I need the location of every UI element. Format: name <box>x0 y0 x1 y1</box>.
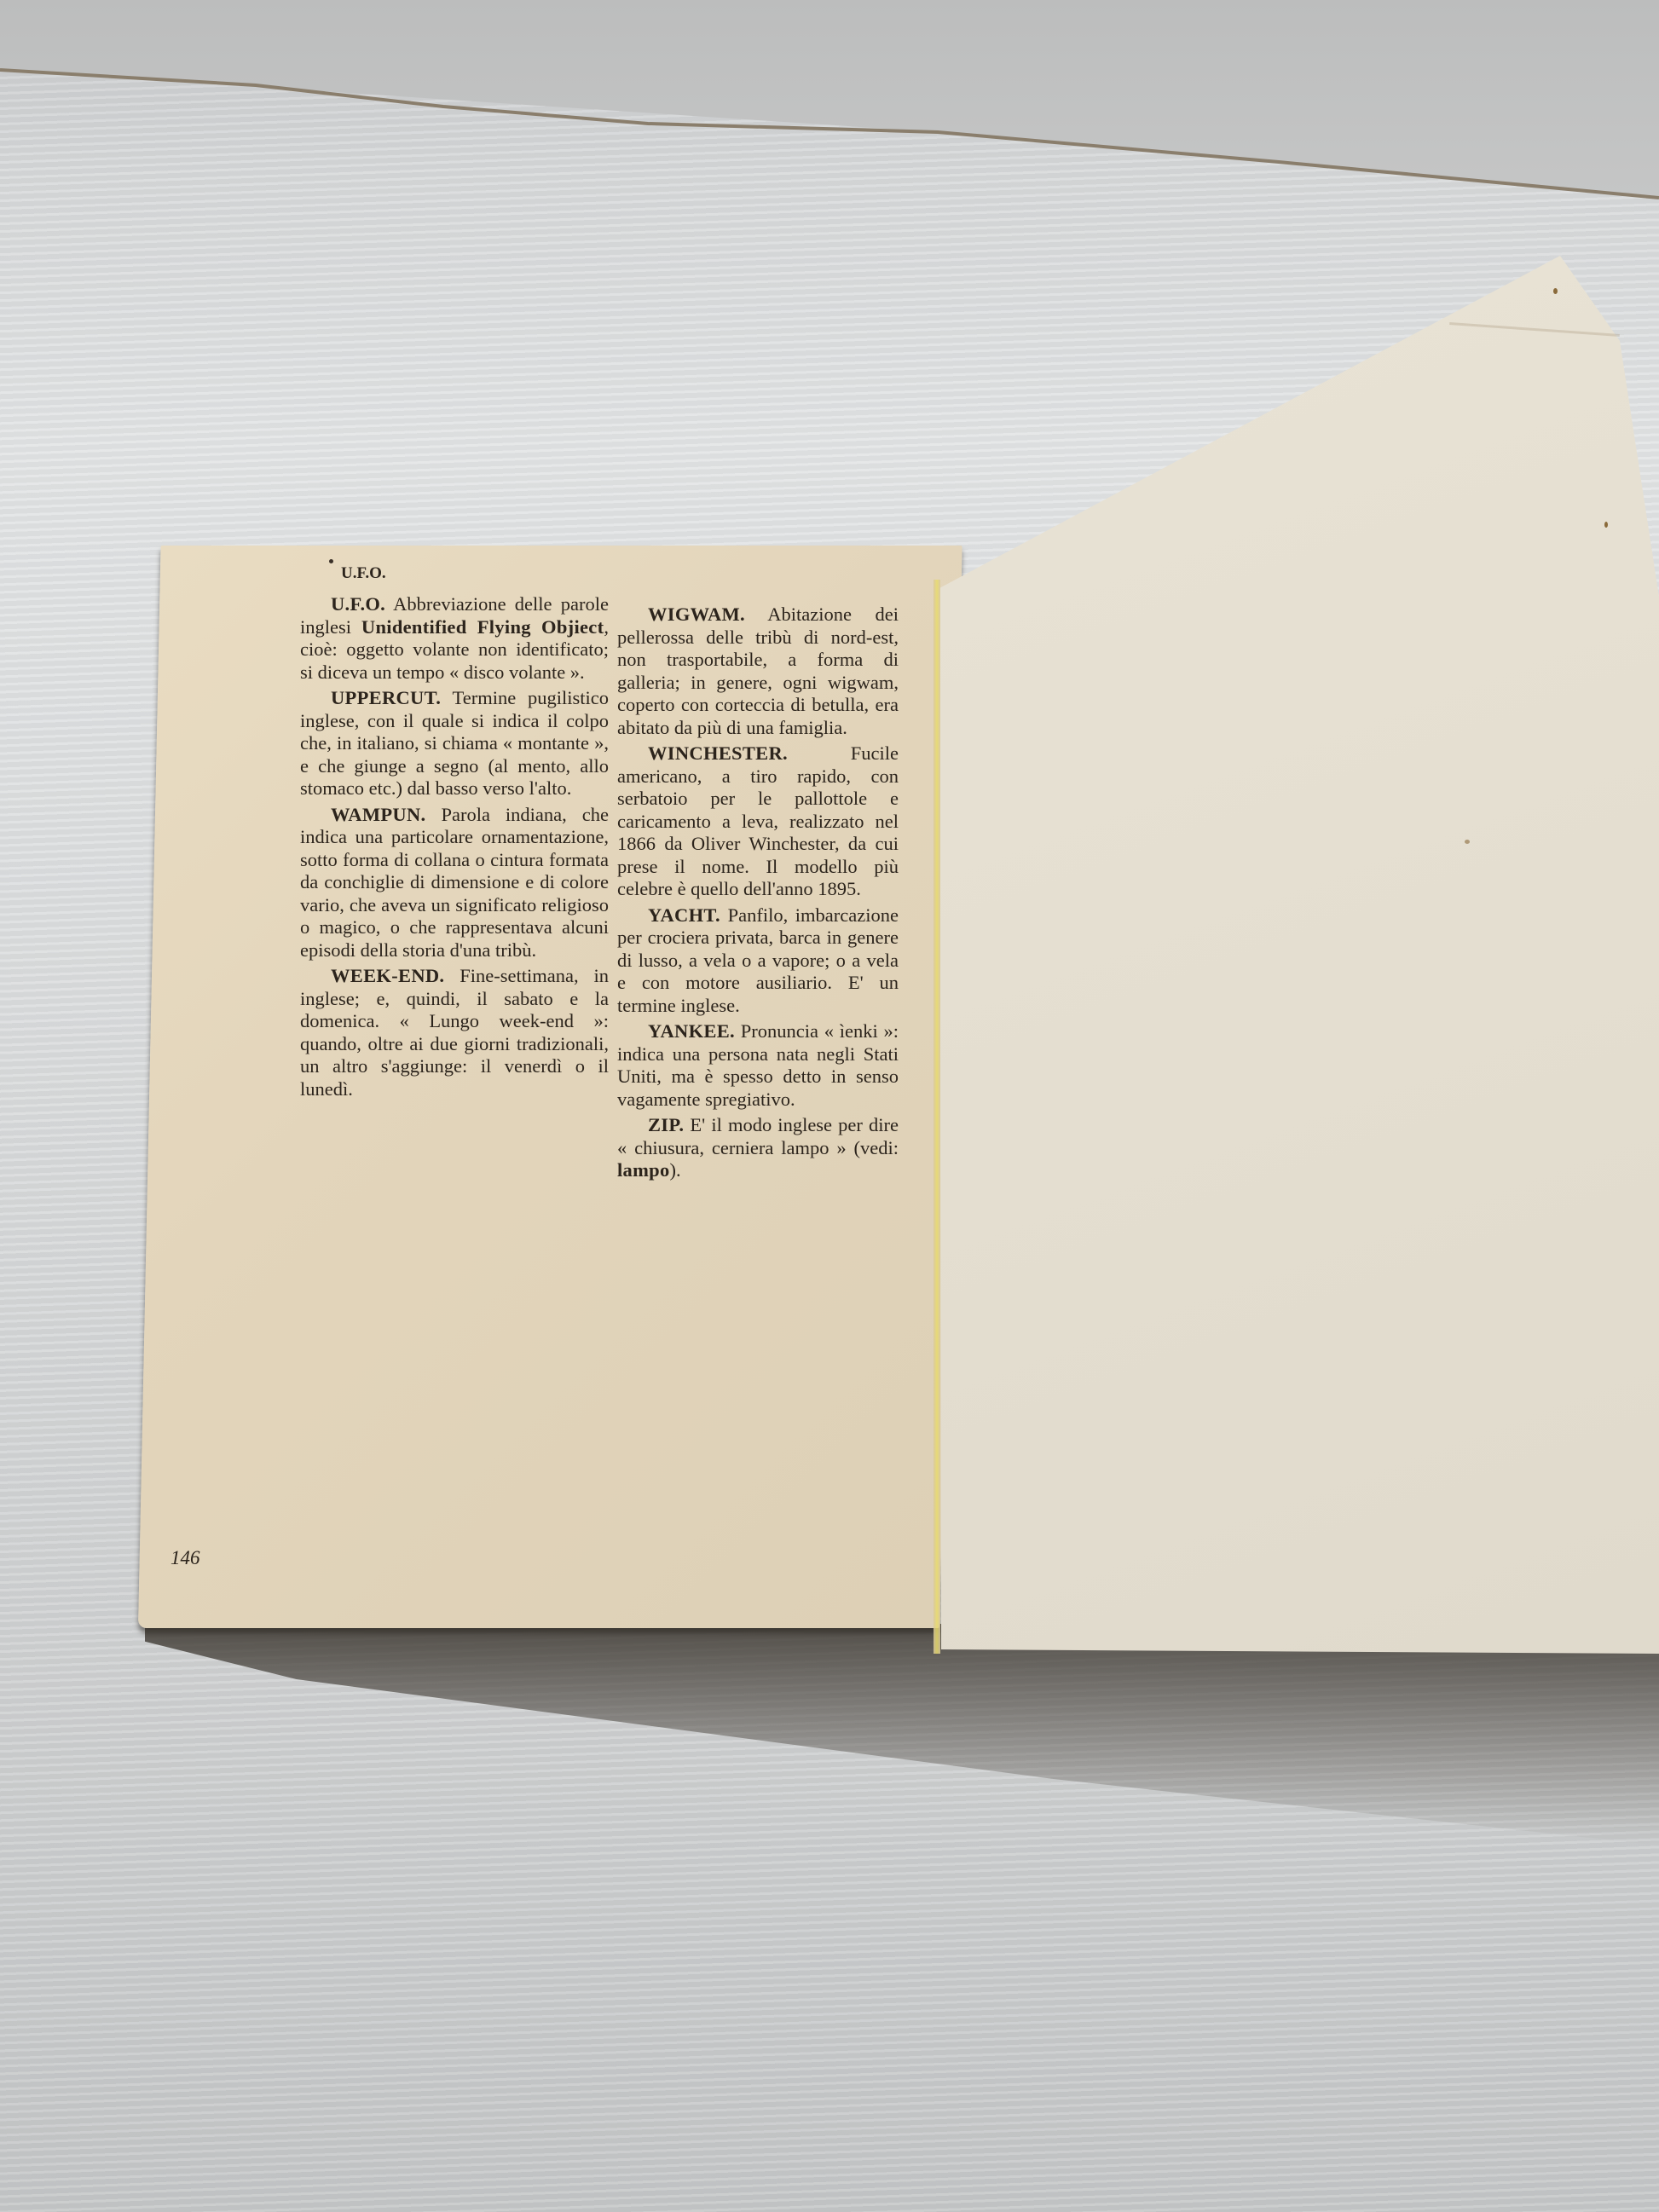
entry-text: Parola indiana, che indica una particola… <box>300 804 609 961</box>
glossary-column-2: WIGWAM. Abitazione dei pellerossa delle … <box>617 604 899 1186</box>
entry-text: Fucile americano, a tiro rapido, con ser… <box>617 742 899 899</box>
page-number: 146 <box>171 1547 200 1569</box>
entry-text: ). <box>670 1159 681 1181</box>
running-header: U.F.O. <box>341 564 386 583</box>
entry-ufo: U.F.O. Abbreviazione delle parole ingles… <box>300 593 609 684</box>
entry-week-end: WEEK-END. Fine-settimana, in inglese; e,… <box>300 965 609 1100</box>
entry-term: WINCHESTER. <box>648 742 788 764</box>
book-gutter <box>934 580 940 1654</box>
entry-winchester: WINCHESTER. Fucile americano, a tiro rap… <box>617 742 899 901</box>
foxing-spot <box>1604 522 1608 528</box>
entry-term: UPPERCUT. <box>331 687 441 708</box>
entry-yacht: YACHT. Panfilo, imbarcazione per crocier… <box>617 904 899 1018</box>
entry-term: WIGWAM. <box>648 604 745 625</box>
foxing-spot <box>1553 288 1558 294</box>
entry-yankee: YANKEE. Pronuncia « ìenki »: indica una … <box>617 1020 899 1111</box>
entry-zip: ZIP. E' il modo inglese per dire « chius… <box>617 1114 899 1182</box>
ink-speck <box>329 559 333 563</box>
wall-edge-line <box>0 0 1659 222</box>
entry-bold: Unidentified Flying Objiect <box>361 616 604 638</box>
entry-term: WAMPUN. <box>331 804 425 825</box>
foxing-spot <box>1465 840 1470 844</box>
entry-term: ZIP. <box>648 1114 684 1135</box>
entry-term: U.F.O. <box>331 593 385 615</box>
glossary-column-1: U.F.O. Abbreviazione delle parole ingles… <box>300 593 609 1104</box>
entry-wigwam: WIGWAM. Abitazione dei pellerossa delle … <box>617 604 899 739</box>
entry-term: WEEK-END. <box>331 965 444 986</box>
entry-wampun: WAMPUN. Parola indiana, che indica una p… <box>300 804 609 962</box>
entry-term: YACHT. <box>648 904 720 926</box>
entry-term: YANKEE. <box>648 1020 735 1042</box>
entry-uppercut: UPPERCUT. Termine pugilistico inglese, c… <box>300 687 609 800</box>
entry-bold: lampo <box>617 1159 670 1181</box>
